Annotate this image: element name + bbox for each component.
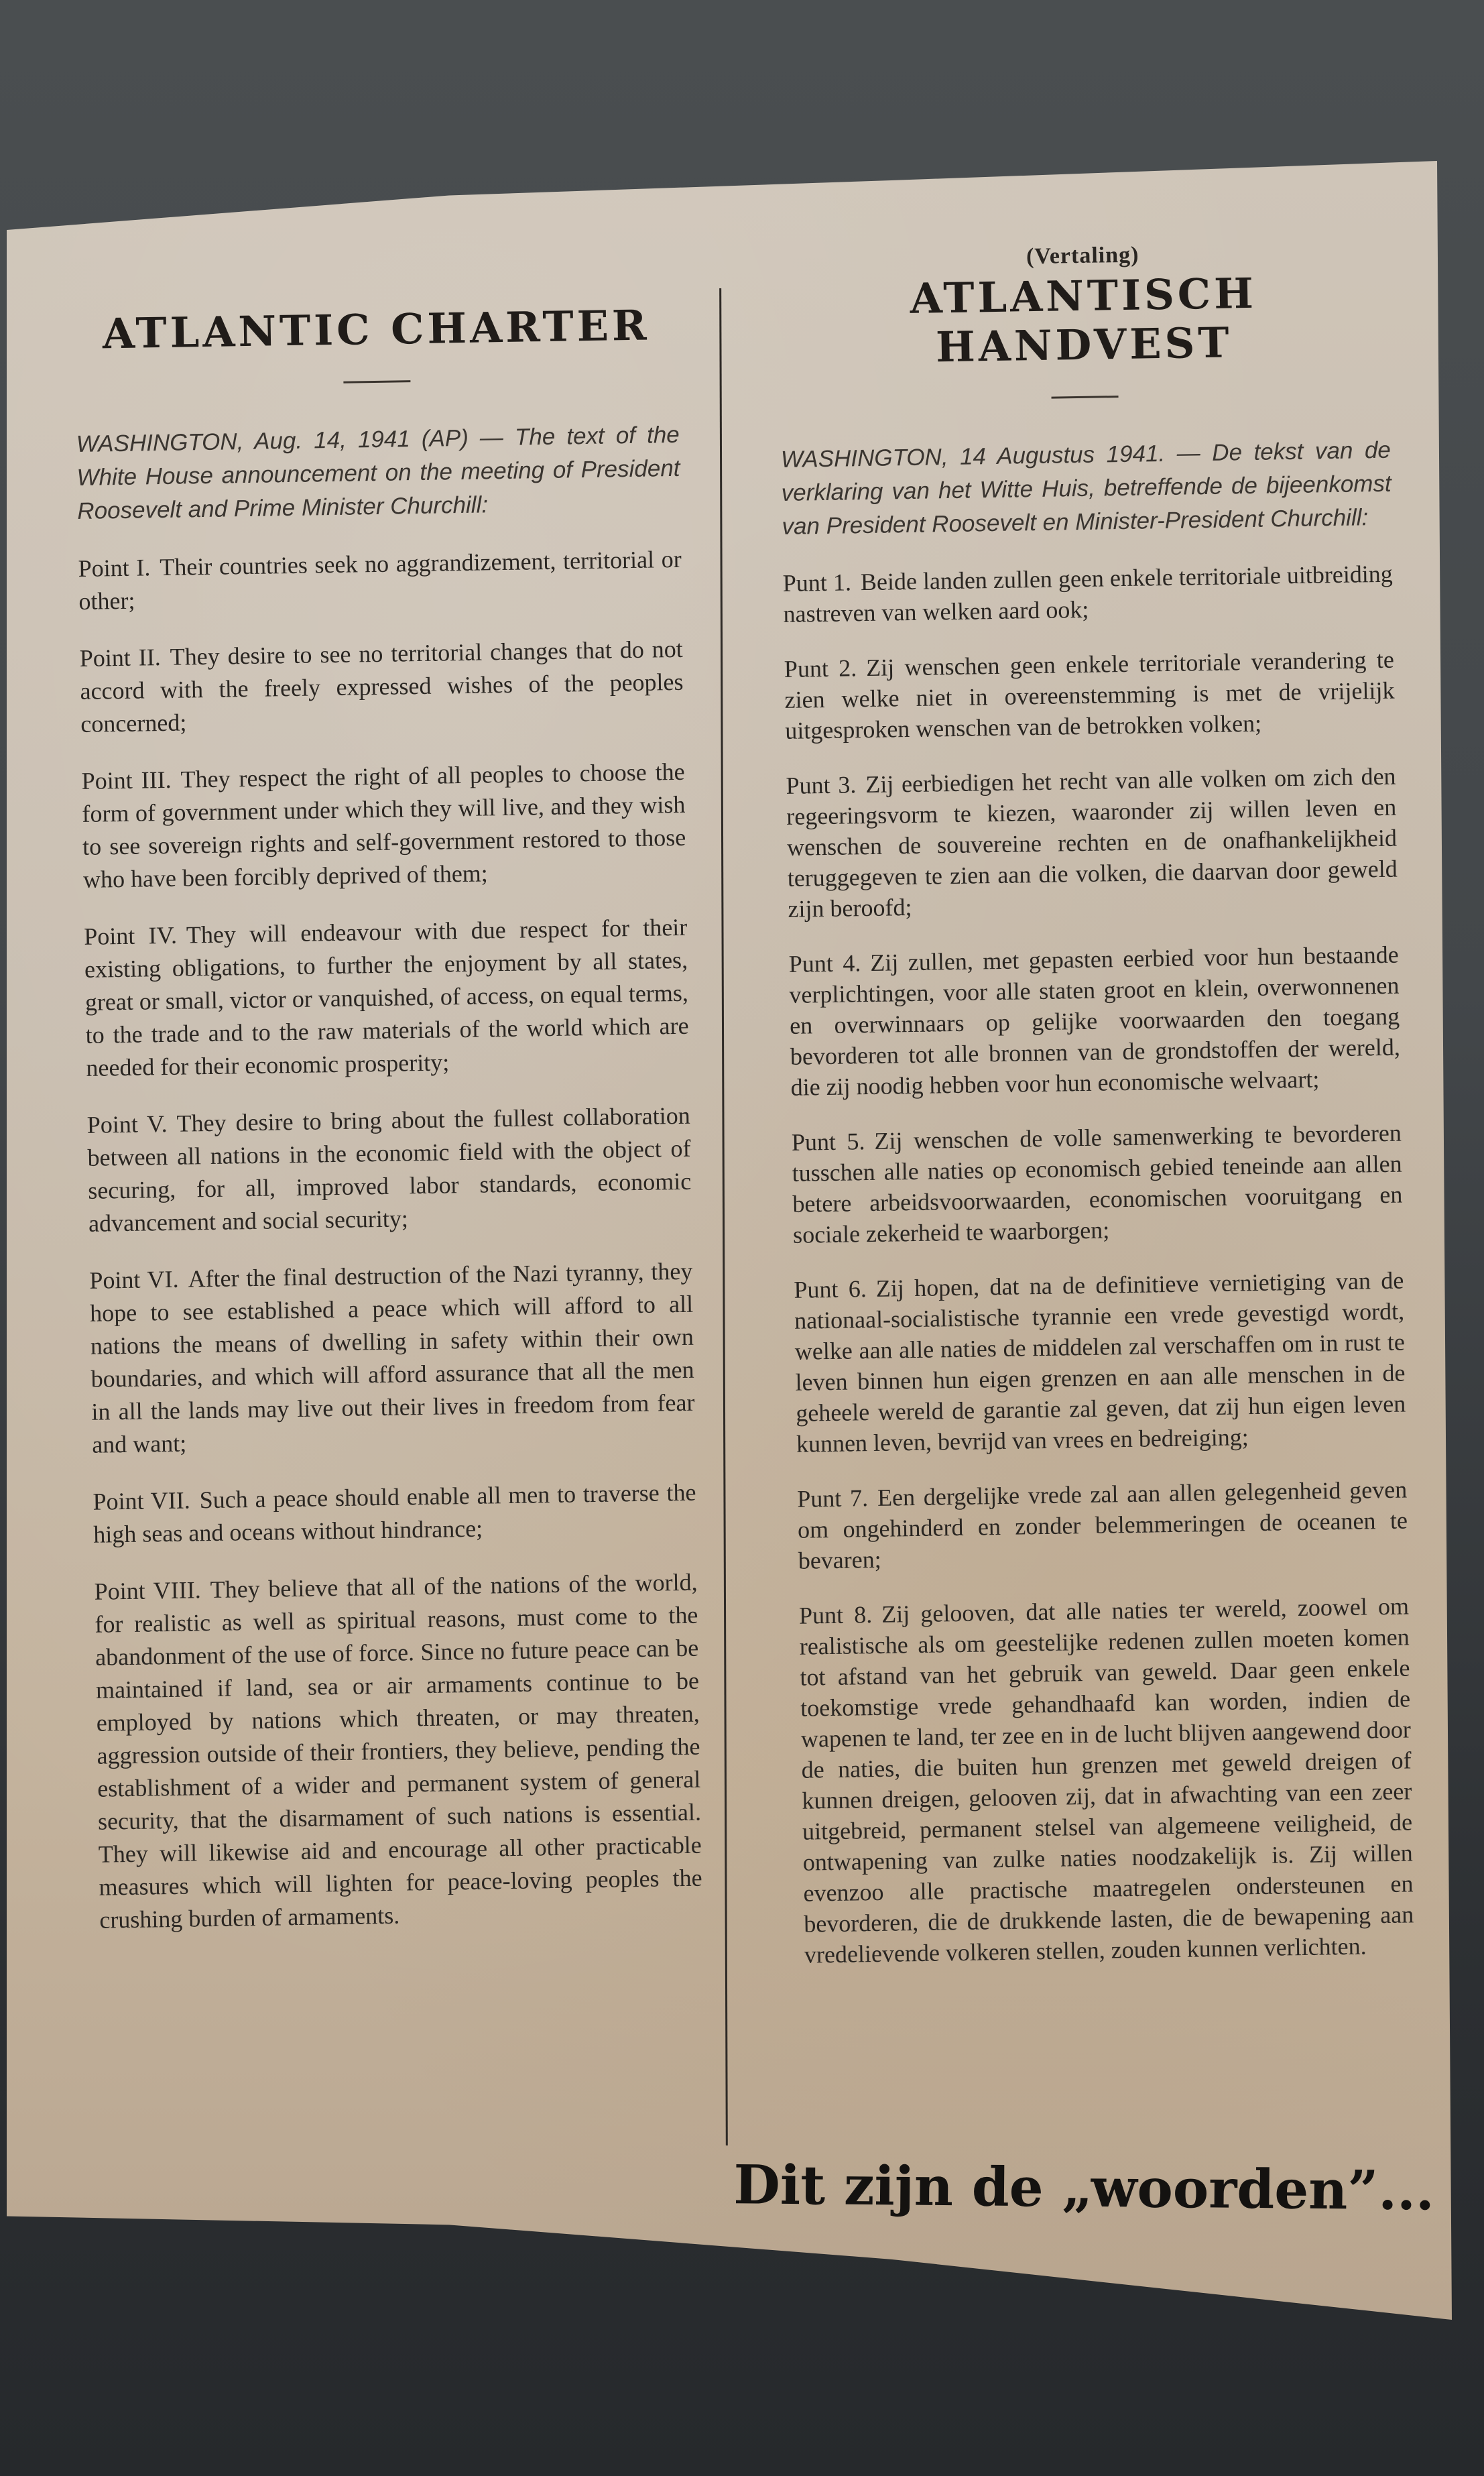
charter-point: Punt 2.Zij wenschen geen enkele territor… bbox=[784, 644, 1396, 746]
english-column: ATLANTIC CHARTER WASHINGTON, Aug. 14, 19… bbox=[74, 272, 703, 1952]
point-label: Punt 2. bbox=[784, 654, 857, 683]
point-text: Beide landen zullen geen enkele territor… bbox=[783, 561, 1393, 628]
title-rule bbox=[343, 380, 410, 384]
charter-point: Point III.They respect the right of all … bbox=[81, 756, 686, 896]
dutch-title: ATLANTISCH HANDVEST bbox=[778, 267, 1389, 374]
charter-point: Punt 7.Een dergelijke vrede zal aan alle… bbox=[797, 1474, 1408, 1576]
point-label: Punt 3. bbox=[786, 771, 856, 799]
point-text: Zij eerbiedigen het recht van alle volke… bbox=[786, 763, 1398, 923]
point-text: Zij wenschen geen enkele territoriale ve… bbox=[784, 646, 1395, 744]
point-label: Punt 4. bbox=[788, 949, 861, 978]
point-text: They desire to see no territorial change… bbox=[80, 636, 684, 738]
point-label: Point VI. bbox=[89, 1266, 179, 1294]
point-text: Een dergelijke vrede zal aan allen geleg… bbox=[798, 1476, 1408, 1574]
footer-slogan: Dit zijn de „woorden”... bbox=[610, 2152, 1435, 2223]
charter-point: Point IV.They will endeavour with due re… bbox=[84, 911, 690, 1085]
english-dateline: WASHINGTON, Aug. 14, 1941 (AP) — The tex… bbox=[76, 418, 680, 528]
charter-point: Point V.They desire to bring about the f… bbox=[86, 1100, 692, 1240]
point-label: Point I. bbox=[78, 554, 150, 582]
point-text: Zij gelooven, dat alle naties ter wereld… bbox=[799, 1592, 1414, 1968]
point-text: After the final destruction of the Nazi … bbox=[90, 1258, 695, 1458]
point-label: Punt 8. bbox=[799, 1601, 873, 1629]
point-label: Point IV. bbox=[84, 922, 177, 950]
charter-point: Point II.They desire to see no territori… bbox=[79, 633, 684, 741]
charter-point: Punt 4.Zij zullen, met gepasten eerbied … bbox=[788, 939, 1401, 1103]
charter-point: Point VIII.They believe that all of the … bbox=[94, 1566, 702, 1937]
point-label: Point III. bbox=[81, 766, 172, 794]
dutch-dateline: WASHINGTON, 14 Augustus 1941. — De tekst… bbox=[781, 434, 1392, 544]
charter-point: Punt 3.Zij eerbiedigen het recht van all… bbox=[786, 761, 1398, 925]
point-text: Their countries seek no aggrandizement, … bbox=[78, 546, 682, 615]
point-label: Point VII. bbox=[92, 1486, 190, 1515]
point-label: Point II. bbox=[80, 644, 162, 672]
point-text: Zij hopen, dat na de definitieve verniet… bbox=[794, 1267, 1406, 1458]
point-text: They believe that all of the nations of … bbox=[95, 1569, 702, 1934]
english-points: Point I.Their countries seek no aggrandi… bbox=[78, 543, 702, 1937]
dutch-points: Punt 1.Beide landen zullen geen enkele t… bbox=[782, 558, 1414, 1970]
point-text: Zij zullen, met gepasten eerbied voor hu… bbox=[789, 941, 1400, 1101]
charter-point: Punt 1.Beide landen zullen geen enkele t… bbox=[782, 558, 1393, 630]
title-rule bbox=[1052, 396, 1119, 399]
dutch-column: (Vertaling) ATLANTISCH HANDVEST WASHINGT… bbox=[778, 239, 1415, 1985]
point-text: They respect the right of all peoples to… bbox=[82, 758, 686, 893]
charter-point: Punt 6.Zij hopen, dat na de definitieve … bbox=[794, 1265, 1406, 1460]
point-label: Point V. bbox=[86, 1110, 167, 1138]
english-title: ATLANTIC CHARTER bbox=[74, 300, 678, 359]
charter-point: Point VI.After the final destruction of … bbox=[89, 1255, 696, 1462]
point-label: Point VIII. bbox=[94, 1576, 201, 1604]
point-text: Zij wenschen de volle samenwerking te be… bbox=[792, 1120, 1402, 1248]
point-label: Punt 5. bbox=[792, 1128, 865, 1156]
point-label: Punt 7. bbox=[797, 1484, 868, 1513]
point-label: Punt 6. bbox=[794, 1275, 867, 1303]
charter-point: Point I.Their countries seek no aggrandi… bbox=[78, 543, 682, 618]
point-text: They desire to bring about the fullest c… bbox=[87, 1102, 691, 1237]
charter-point: Point VII.Such a peace should enable all… bbox=[92, 1476, 696, 1551]
point-label: Punt 1. bbox=[783, 569, 852, 597]
charter-point: Punt 5.Zij wenschen de volle samenwerkin… bbox=[792, 1118, 1404, 1250]
charter-point: Punt 8.Zij gelooven, dat alle naties ter… bbox=[799, 1590, 1415, 1970]
